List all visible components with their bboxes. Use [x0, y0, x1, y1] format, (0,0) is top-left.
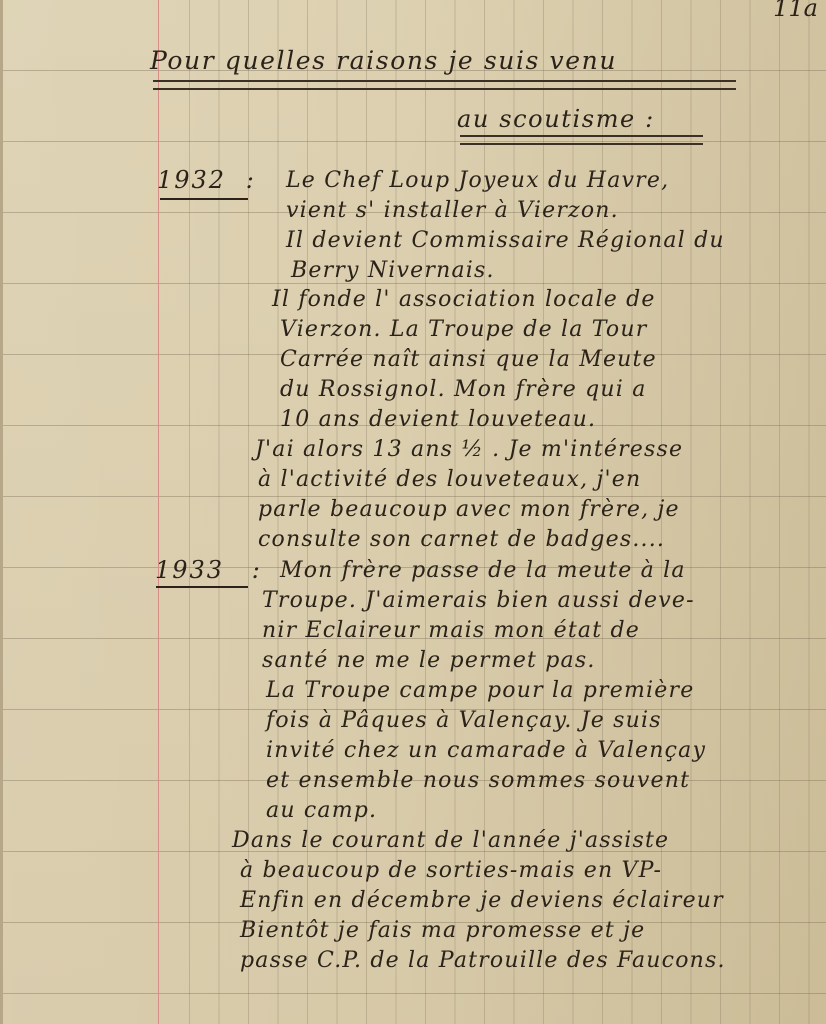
text-line: Il devient Commissaire Régional du [286, 226, 725, 256]
year-label: 1933 [155, 556, 224, 584]
text-line: consulte son carnet de badges.... [258, 525, 665, 555]
page-number: 11a [773, 0, 818, 22]
page-title-line-2: au scoutisme : [457, 104, 655, 134]
text-line: et ensemble nous sommes souvent [266, 766, 690, 796]
text-line: santé ne me le permet pas. [262, 646, 596, 676]
year-label: 1932 [157, 166, 226, 194]
text-line: Troupe. J'aimerais bien aussi deve- [262, 586, 695, 616]
text-line: Le Chef Loup Joyeux du Havre, [286, 166, 669, 196]
year-underline [156, 586, 248, 588]
text-line: du Rossignol. Mon frère qui a [280, 375, 647, 405]
text-line: 10 ans devient louveteau. [280, 405, 596, 435]
text-line: parle beaucoup avec mon frère, je [258, 495, 680, 525]
year-underline [160, 198, 248, 200]
text-line: vient s' installer à Vierzon. [286, 196, 619, 226]
text-line: Berry Nivernais. [291, 256, 495, 286]
title-underline [153, 80, 736, 90]
page-edge [0, 0, 3, 1024]
year-1933: 1933 : [155, 555, 262, 585]
text-line: invité chez un camarade à Valençay [266, 736, 706, 766]
text-line: à l'activité des louveteaux, j'en [258, 465, 641, 495]
text-line: Mon frère passe de la meute à la [280, 556, 686, 586]
page-title-line-1: Pour quelles raisons je suis venu [150, 46, 617, 76]
year-separator: : [246, 166, 256, 194]
text-line: nir Eclaireur mais mon état de [262, 616, 640, 646]
text-line: Il fonde l' association locale de [272, 285, 656, 315]
text-line: Enfin en décembre je deviens éclaireur [240, 886, 724, 916]
text-line: fois à Pâques à Valençay. Je suis [266, 706, 662, 736]
text-line: Dans le courant de l'année j'assiste [232, 826, 669, 856]
margin-line [158, 0, 159, 1024]
text-line: Bientôt je fais ma promesse et je [240, 916, 645, 946]
text-line: J'ai alors 13 ans ½ . Je m'intéresse [255, 435, 683, 465]
text-line: Vierzon. La Troupe de la Tour [280, 315, 647, 345]
title-underline-2 [460, 135, 703, 145]
text-line: passe C.P. de la Patrouille des Faucons. [240, 946, 726, 976]
text-line: Carrée naît ainsi que la Meute [280, 345, 657, 375]
text-line: La Troupe campe pour la première [266, 676, 694, 706]
year-1932: 1932 : [157, 165, 256, 195]
year-separator: : [252, 556, 262, 584]
text-line: au camp. [266, 796, 377, 826]
text-line: à beaucoup de sorties-mais en VP- [240, 856, 662, 886]
notebook-page: 11a Pour quelles raisons je suis venu au… [0, 0, 826, 1024]
